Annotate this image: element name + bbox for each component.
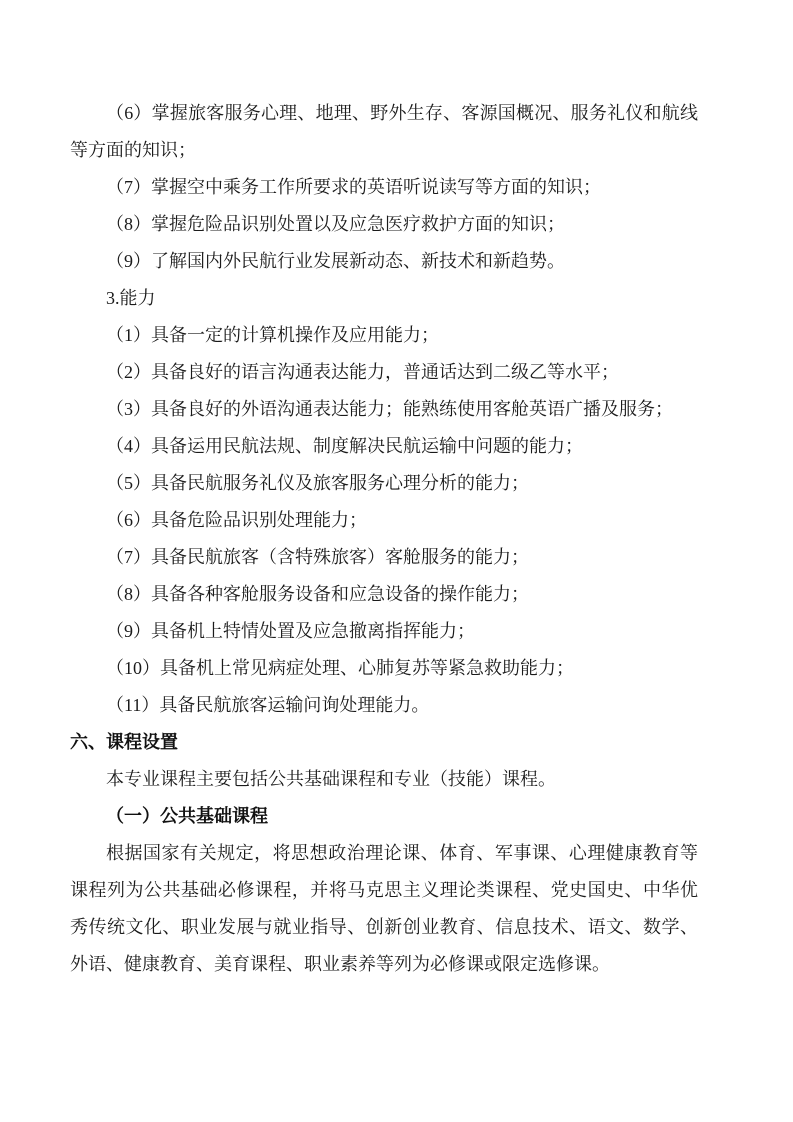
- knowledge-item-9: （9）了解国内外民航行业发展新动态、新技术和新趋势。: [70, 243, 698, 280]
- ability-item-10: （10）具备机上常见病症处理、心肺复苏等紧急救助能力；: [70, 650, 698, 687]
- ability-item-9: （9）具备机上特情处置及应急撤离指挥能力；: [70, 613, 698, 650]
- ability-subheading: 3.能力: [70, 280, 698, 317]
- knowledge-item-6: （6）掌握旅客服务心理、地理、野外生存、客源国概况、服务礼仪和航线等方面的知识；: [70, 95, 698, 169]
- knowledge-item-7: （7）掌握空中乘务工作所要求的英语听说读写等方面的知识；: [70, 169, 698, 206]
- ability-item-2: （2）具备良好的语言沟通表达能力，普通话达到二级乙等水平；: [70, 354, 698, 391]
- ability-item-8: （8）具备各种客舱服务设备和应急设备的操作能力；: [70, 576, 698, 613]
- ability-item-7: （7）具备民航旅客（含特殊旅客）客舱服务的能力；: [70, 539, 698, 576]
- ability-item-1: （1）具备一定的计算机操作及应用能力；: [70, 317, 698, 354]
- curriculum-intro: 本专业课程主要包括公共基础课程和专业（技能）课程。: [70, 761, 698, 798]
- document-page: （6）掌握旅客服务心理、地理、野外生存、客源国概况、服务礼仪和航线等方面的知识；…: [0, 0, 793, 1122]
- public-basic-courses-paragraph: 根据国家有关规定，将思想政治理论课、体育、军事课、心理健康教育等课程列为公共基础…: [70, 835, 698, 983]
- ability-item-11: （11）具备民航旅客运输问询处理能力。: [70, 687, 698, 724]
- section-heading-curriculum: 六、课程设置: [70, 724, 698, 761]
- subsection-heading-public-basic-courses: （一）公共基础课程: [70, 798, 698, 835]
- ability-item-4: （4）具备运用民航法规、制度解决民航运输中问题的能力；: [70, 428, 698, 465]
- ability-item-6: （6）具备危险品识别处理能力；: [70, 502, 698, 539]
- ability-item-3: （3）具备良好的外语沟通表达能力；能熟练使用客舱英语广播及服务；: [70, 391, 698, 428]
- document-body: （6）掌握旅客服务心理、地理、野外生存、客源国概况、服务礼仪和航线等方面的知识；…: [70, 95, 698, 983]
- knowledge-item-8: （8）掌握危险品识别处置以及应急医疗救护方面的知识；: [70, 206, 698, 243]
- ability-item-5: （5）具备民航服务礼仪及旅客服务心理分析的能力；: [70, 465, 698, 502]
